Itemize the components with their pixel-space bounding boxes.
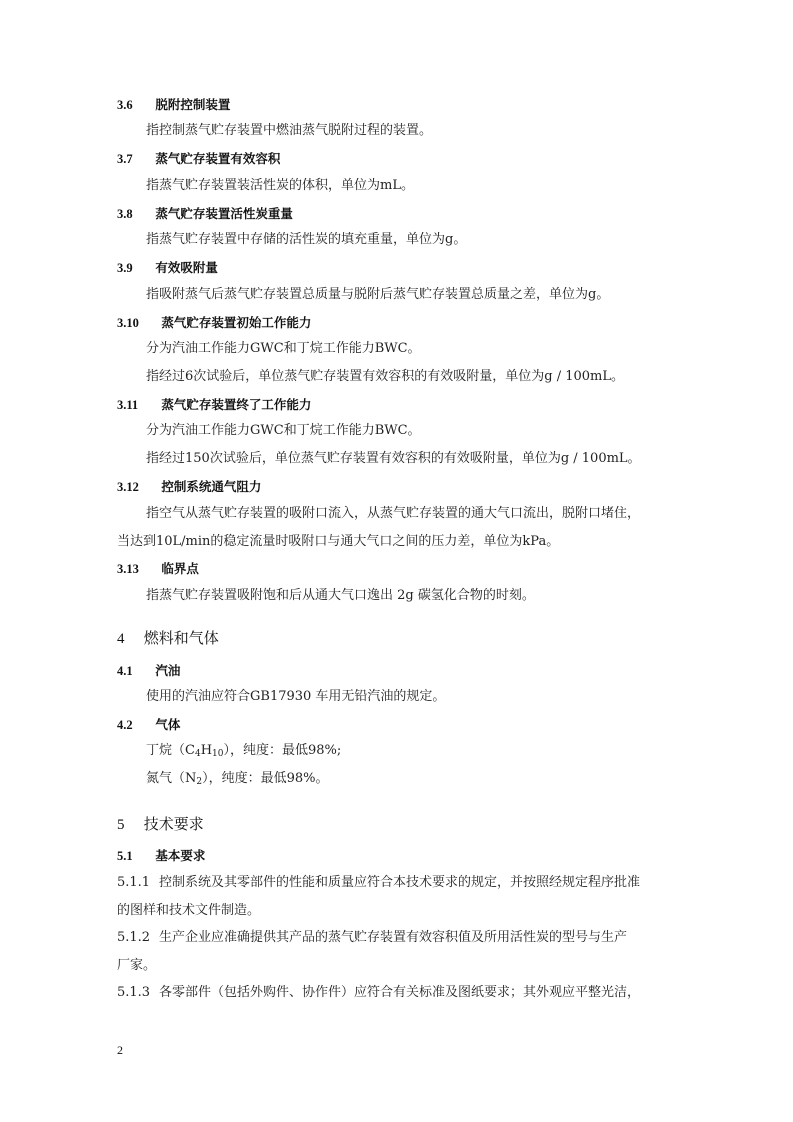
paragraph: 指吸附蒸气后蒸气贮存装置总质量与脱附后蒸气贮存装置总质量之差，单位为g。 xyxy=(146,286,609,304)
heading-number: 4.2 xyxy=(117,716,151,734)
paragraph: 指空气从蒸气贮存装置的吸附口流入，从蒸气贮存装置的通大气口流出，脱附口堵住， xyxy=(146,505,640,523)
heading-title: 气体 xyxy=(155,717,180,732)
heading-4: 4 燃料和气体 xyxy=(117,629,219,648)
nitrogen-prefix: 氮气（N xyxy=(146,771,196,786)
heading-title: 蒸气贮存装置活性炭重量 xyxy=(155,206,293,221)
heading-title: 基本要求 xyxy=(155,848,205,863)
paragraph: 分为汽油工作能力GWC和丁烷工作能力BWC。 xyxy=(146,422,421,440)
paragraph: 指蒸气贮存装置装活性炭的体积，单位为mL。 xyxy=(146,177,414,195)
heading-number: 3.9 xyxy=(117,259,151,277)
heading-5: 5 技术要求 xyxy=(117,815,204,834)
heading-3-8: 3.8 蒸气贮存装置活性炭重量 xyxy=(117,205,293,223)
paragraph: 指经过6次试验后，单位蒸气贮存装置有效容积的有效吸附量，单位为g / 100mL… xyxy=(146,368,624,386)
heading-4-1: 4.1 汽油 xyxy=(117,662,180,680)
heading-title: 控制系统通气阻力 xyxy=(161,479,261,494)
clause-number: 5.1.3 xyxy=(117,984,159,1002)
heading-3-11: 3.11 蒸气贮存装置终了工作能力 xyxy=(117,396,311,414)
paragraph-continuation: 当达到10L/min的稳定流量时吸附口与通大气口之间的压力差，单位为kPa。 xyxy=(117,533,559,551)
paragraph: 指蒸气贮存装置中存储的活性炭的填充重量，单位为g。 xyxy=(146,231,466,249)
clause-number: 5.1.2 xyxy=(117,929,159,947)
heading-title: 汽油 xyxy=(155,663,180,678)
clause-number: 5.1.1 xyxy=(117,874,159,892)
heading-number: 3.11 xyxy=(117,396,157,414)
paragraph: 指蒸气贮存装置吸附饱和后从通大气口逸出 2g 碳氢化合物的时刻。 xyxy=(146,587,535,605)
nitrogen-suffix: ），纯度：最低98%。 xyxy=(202,771,328,786)
clause-text: 生产企业应准确提供其产品的蒸气贮存装置有效容积值及所用活性炭的型号与生产 xyxy=(159,930,627,945)
clause-5-1-1: 5.1.1控制系统及其零部件的性能和质量应符合本技术要求的规定，并按照经规定程序… xyxy=(117,874,640,892)
paragraph-continuation: 的图样和技术文件制造。 xyxy=(117,902,260,920)
clause-5-1-2: 5.1.2生产企业应准确提供其产品的蒸气贮存装置有效容积值及所用活性炭的型号与生… xyxy=(117,929,627,947)
butane-mid: H xyxy=(201,743,212,758)
heading-number: 3.13 xyxy=(117,560,157,578)
heading-3-6: 3.6 脱附控制装置 xyxy=(117,96,230,114)
heading-title: 蒸气贮存装置终了工作能力 xyxy=(161,397,311,412)
subscript: 10 xyxy=(212,749,223,759)
clause-5-1-3: 5.1.3各零部件（包括外购件、协作件）应符合有关标准及图纸要求；其外观应平整光… xyxy=(117,984,640,1002)
heading-number: 3.12 xyxy=(117,478,157,496)
heading-3-13: 3.13 临界点 xyxy=(117,560,199,578)
heading-number: 3.10 xyxy=(117,314,157,332)
heading-number: 4.1 xyxy=(117,662,151,680)
clause-text: 各零部件（包括外购件、协作件）应符合有关标准及图纸要求；其外观应平整光洁， xyxy=(159,985,640,1000)
page-number: 2 xyxy=(117,1043,123,1058)
heading-3-9: 3.9 有效吸附量 xyxy=(117,259,218,277)
heading-3-10: 3.10 蒸气贮存装置初始工作能力 xyxy=(117,314,311,332)
heading-number: 4 xyxy=(117,630,139,648)
heading-number: 3.8 xyxy=(117,205,151,223)
paragraph: 指经过150次试验后，单位蒸气贮存装置有效容积的有效吸附量，单位为g / 100… xyxy=(146,450,641,468)
butane-prefix: 丁烷（C xyxy=(146,743,195,758)
heading-title: 技术要求 xyxy=(144,815,204,833)
clause-text: 控制系统及其零部件的性能和质量应符合本技术要求的规定，并按照经规定程序批准 xyxy=(159,875,640,890)
heading-3-12: 3.12 控制系统通气阻力 xyxy=(117,478,261,496)
nitrogen-spec: 氮气（N2），纯度：最低98%。 xyxy=(146,770,329,788)
heading-title: 燃料和气体 xyxy=(144,629,219,647)
heading-number: 3.7 xyxy=(117,150,151,168)
heading-title: 脱附控制装置 xyxy=(155,97,230,112)
heading-title: 蒸气贮存装置有效容积 xyxy=(155,151,280,166)
heading-title: 蒸气贮存装置初始工作能力 xyxy=(161,315,311,330)
paragraph: 指控制蒸气贮存装置中燃油蒸气脱附过程的装置。 xyxy=(146,122,432,140)
heading-number: 5.1 xyxy=(117,847,151,865)
heading-title: 有效吸附量 xyxy=(155,260,218,275)
heading-number: 5 xyxy=(117,816,139,834)
heading-4-2: 4.2 气体 xyxy=(117,716,180,734)
butane-suffix: ），纯度：最低98%; xyxy=(223,743,341,758)
butane-spec: 丁烷（C4H10），纯度：最低98%; xyxy=(146,742,341,760)
paragraph: 使用的汽油应符合GB17930 车用无铅汽油的规定。 xyxy=(146,688,445,706)
paragraph: 分为汽油工作能力GWC和丁烷工作能力BWC。 xyxy=(146,340,421,358)
heading-number: 3.6 xyxy=(117,96,151,114)
heading-3-7: 3.7 蒸气贮存装置有效容积 xyxy=(117,150,280,168)
heading-title: 临界点 xyxy=(161,561,199,576)
heading-5-1: 5.1 基本要求 xyxy=(117,847,205,865)
paragraph-continuation: 厂家。 xyxy=(117,957,156,975)
